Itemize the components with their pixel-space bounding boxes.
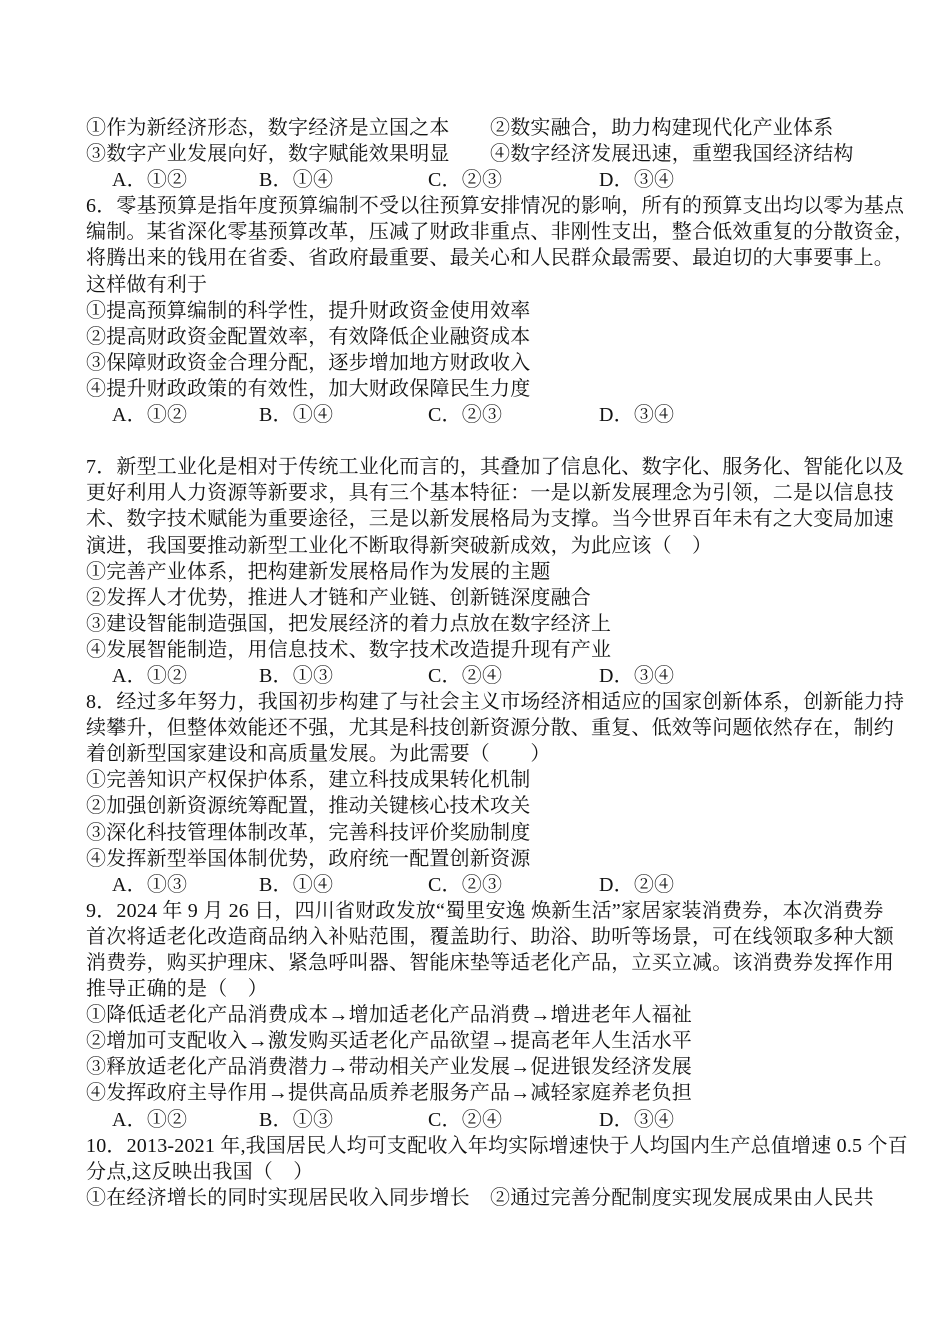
option-line: ④发挥新型举国体制优势，政府统一配置创新资源 [86,846,916,872]
answer-choice-b: B．①④ [259,167,428,193]
answer-choice-c: C．②③ [428,872,599,898]
answer-choice-c: C．②③ [428,402,599,428]
answer-choice-a: A．①② [112,1107,259,1133]
option-line: ②提高财政资金配置效率，有效降低企业融资成本 [86,324,916,350]
option-right: ④数字经济发展迅速，重塑我国经济结构 [490,143,854,165]
answer-choice-a: A．①② [112,402,259,428]
option-line: ③保障财政资金合理分配，逐步增加地方财政收入 [86,350,916,376]
question-7: 7．新型工业化是相对于传统工业化而言的，其叠加了信息化、数字化、服务化、智能化以… [86,454,916,689]
answer-choices-row: A．①③B．①④C．②③D．②④ [86,872,916,898]
question-9: 9．2024 年 9 月 26 日，四川省财政发放“蜀里安逸 焕新生活”家居家装… [86,898,916,1133]
option-line: ③建设智能制造强国，把发展经济的着力点放在数字经济上 [86,611,916,637]
question-stem-line: 8．经过多年努力，我国初步构建了与社会主义市场经济相适应的国家创新体系，创新能力… [86,689,916,715]
answer-choice-a: A．①② [112,167,259,193]
question-10: 10．2013-2021 年,我国居民人均可支配收入年均实际增速快于人均国内生产… [86,1133,916,1211]
option-line: ④发展智能制造，用信息技术、数字技术改造提升现有产业 [86,637,916,663]
question-stem-line: 续攀升，但整体效能还不强，尤其是科技创新资源分散、重复、低效等问题依然存在，制约 [86,715,916,741]
question-stem-line: 编制。某省深化零基预算改革，压减了财政非重点、非刚性支出，整合低效重复的分散资金… [86,219,916,245]
answer-choice-c: C．②④ [428,1107,599,1133]
option-right: ②数实融合，助力构建现代化产业体系 [490,117,833,139]
question-stem-line: 术、数字技术赋能为重要途径，三是以新发展格局为支撑。当今世界百年未有之大变局加速 [86,506,916,532]
answer-choice-b: B．①④ [259,402,428,428]
answer-choices-row: A．①②B．①④C．②③D．③④ [86,167,916,193]
exam-paper-page: ①作为新经济形态，数字经济是立国之本②数实融合，助力构建现代化产业体系③数字产业… [0,0,950,1344]
question-6: 6．零基预算是指年度预算编制不受以往预算安排情况的影响，所有的预算支出均以零为基… [86,193,916,428]
answer-choices-row: A．①②B．①④C．②③D．③④ [86,402,916,428]
page-content: ①作为新经济形态，数字经济是立国之本②数实融合，助力构建现代化产业体系③数字产业… [86,115,916,1211]
question-stem-line: 消费券，购买护理床、紧急呼叫器、智能床垫等适老化产品，立买立减。该消费券发挥作用 [86,950,916,976]
answer-choice-a: A．①③ [112,872,259,898]
answer-choice-c: C．②④ [428,663,599,689]
answer-choice-d: D．②④ [599,872,674,898]
answer-choices-row: A．①②B．①③C．②④D．③④ [86,663,916,689]
option-left: ①作为新经济形态，数字经济是立国之本 [86,115,490,141]
blank-line [86,428,916,454]
answer-choice-c: C．②③ [428,167,599,193]
option-pair-line: ①作为新经济形态，数字经济是立国之本②数实融合，助力构建现代化产业体系 [86,115,916,141]
answer-choice-d: D．③④ [599,663,674,689]
option-pair-line: ①在经济增长的同时实现居民收入同步增长②通过完善分配制度实现发展成果由人民共 [86,1185,916,1211]
answer-choice-d: D．③④ [599,1107,674,1133]
question-5-tail: ①作为新经济形态，数字经济是立国之本②数实融合，助力构建现代化产业体系③数字产业… [86,115,916,193]
option-line: ②发挥人才优势，推进人才链和产业链、创新链深度融合 [86,585,916,611]
option-line: ②增加可支配收入→激发购买适老化产品欲望→提高老年人生活水平 [86,1028,916,1054]
answer-choice-d: D．③④ [599,167,674,193]
option-line: ④发挥政府主导作用→提供高品质养老服务产品→减轻家庭养老负担 [86,1080,916,1106]
question-stem-line: 将腾出来的钱用在省委、省政府最重要、最关心和人民群众最需要、最迫切的大事要事上。 [86,245,916,271]
option-left: ③数字产业发展向好，数字赋能效果明显 [86,141,490,167]
question-stem-line: 这样做有利于 [86,272,916,298]
answer-choice-a: A．①② [112,663,259,689]
answer-choice-d: D．③④ [599,402,674,428]
option-line: ④提升财政政策的有效性，加大财政保障民生力度 [86,376,916,402]
question-stem-line: 分点,这反映出我国（ ） [86,1159,916,1185]
answer-choice-b: B．①③ [259,1107,428,1133]
question-8: 8．经过多年努力，我国初步构建了与社会主义市场经济相适应的国家创新体系，创新能力… [86,689,916,898]
answer-choice-b: B．①④ [259,872,428,898]
question-stem-line: 推导正确的是（ ） [86,976,916,1002]
option-right: ②通过完善分配制度实现发展成果由人民共 [490,1187,874,1209]
option-line: ①降低适老化产品消费成本→增加适老化产品消费→增进老年人福祉 [86,1002,916,1028]
question-stem-line: 首次将适老化改造商品纳入补贴范围，覆盖助行、助浴、助听等场景，可在线领取多种大额 [86,924,916,950]
question-stem-line: 6．零基预算是指年度预算编制不受以往预算安排情况的影响，所有的预算支出均以零为基… [86,193,916,219]
question-stem-line: 10．2013-2021 年,我国居民人均可支配收入年均实际增速快于人均国内生产… [86,1133,916,1159]
question-stem-line: 着创新型国家建设和高质量发展。为此需要（ ） [86,741,916,767]
option-pair-line: ③数字产业发展向好，数字赋能效果明显④数字经济发展迅速，重塑我国经济结构 [86,141,916,167]
option-line: ①完善产业体系，把构建新发展格局作为发展的主题 [86,559,916,585]
answer-choice-b: B．①③ [259,663,428,689]
option-line: ③深化科技管理体制改革，完善科技评价奖励制度 [86,820,916,846]
question-stem-line: 7．新型工业化是相对于传统工业化而言的，其叠加了信息化、数字化、服务化、智能化以… [86,454,916,480]
option-line: ③释放适老化产品消费潜力→带动相关产业发展→促进银发经济发展 [86,1054,916,1080]
question-stem-line: 演进，我国要推动新型工业化不断取得新突破新成效，为此应该（ ） [86,533,916,559]
question-stem-line: 9．2024 年 9 月 26 日，四川省财政发放“蜀里安逸 焕新生活”家居家装… [86,898,916,924]
option-line: ①提高预算编制的科学性，提升财政资金使用效率 [86,298,916,324]
option-line: ②加强创新资源统筹配置，推动关键核心技术攻关 [86,793,916,819]
question-stem-line: 更好利用人力资源等新要求，具有三个基本特征：一是以新发展理念为引领，二是以信息技 [86,480,916,506]
answer-choices-row: A．①②B．①③C．②④D．③④ [86,1107,916,1133]
option-line: ①完善知识产权保护体系，建立科技成果转化机制 [86,767,916,793]
option-left: ①在经济增长的同时实现居民收入同步增长 [86,1185,490,1211]
